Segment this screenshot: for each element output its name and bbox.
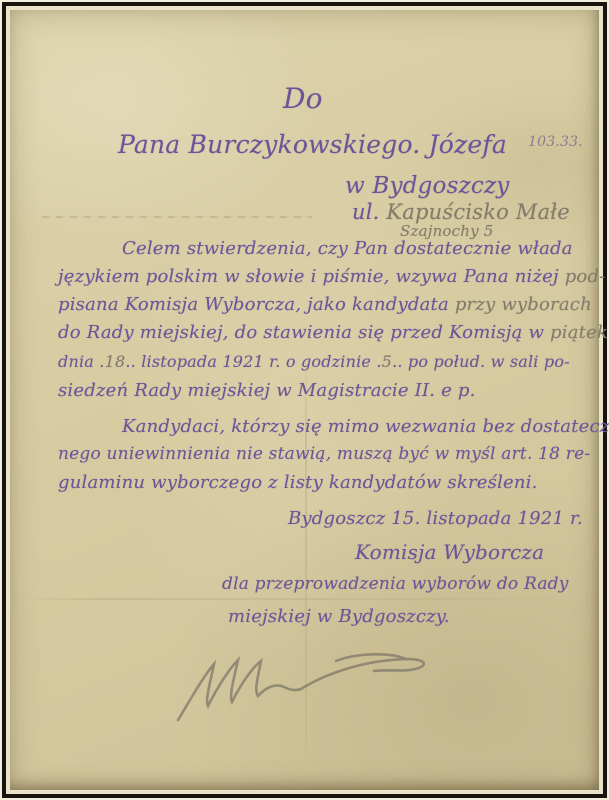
body1-line5-day: 18 — [105, 352, 126, 371]
body1-line4-pencil: piątek — [550, 322, 608, 343]
signature-scrawl — [170, 642, 450, 726]
scanned-letter-page: { "colors": { "ink": "#6b549a", "pencil"… — [0, 0, 609, 800]
address-street-prefix: ul. — [352, 200, 380, 224]
body1-line2-pencil: pod- — [565, 266, 606, 287]
signature-org: Komisja Wyborcza — [355, 540, 544, 564]
body1-line3-pencil: przy wyborach — [455, 294, 592, 315]
body1-line5-a: dnia . — [58, 352, 105, 371]
address-street-line: ul. Kapuścisko Małe — [352, 200, 570, 224]
body1-line3: pisana Komisja Wyborcza, jako kandydata … — [58, 294, 592, 315]
body2-line1: Kandydaci, którzy się mimo wezwania bez … — [122, 416, 609, 437]
body1-line6: siedzeń Rady miejskiej w Magistracie II.… — [58, 380, 476, 401]
archival-number: 103.33. — [528, 134, 583, 150]
body1-line2-ink: językiem polskim w słowie i piśmie, wzyw… — [58, 266, 565, 287]
body1-line5-e: .. po połud. w sali po- — [392, 352, 570, 371]
body1-line5-c: .. listopada 1921 r. o godzinie . — [125, 352, 381, 371]
address-street-name: Kapuścisko Małe — [386, 200, 570, 224]
body1-line4: do Rady miejskiej, do stawienia się prze… — [58, 322, 608, 343]
body1-line5: dnia .18.. listopada 1921 r. o godzinie … — [58, 352, 570, 371]
body1-line1: Celem stwierdzenia, czy Pan dostatecznie… — [122, 238, 573, 259]
dateline: Bydgoszcz 15. listopada 1921 r. — [288, 508, 583, 529]
addressee-line: Pana Burczykowskiego. Józefa — [118, 130, 507, 159]
body1-line4-ink: do Rady miejskiej, do stawienia się prze… — [58, 322, 550, 343]
body2-line3: gulaminu wyborczego z listy kandydatów s… — [58, 472, 538, 493]
body1-line2: językiem polskim w słowie i piśmie, wzyw… — [58, 266, 605, 287]
body1-line5-hour: 5 — [382, 352, 392, 371]
body2-line2: nego uniewinnienia nie stawią, muszą być… — [58, 444, 590, 464]
fold-crease-top — [42, 216, 312, 218]
signature-desc-line2: miejskiej w Bydgoszczy. — [228, 606, 450, 627]
signature-desc-line1: dla przeprowadzenia wyborów do Rady — [222, 574, 569, 594]
letter-paper: 103.33. Do Pana Burczykowskiego. Józefa … — [10, 10, 599, 790]
salutation: Do — [283, 82, 323, 115]
body1-line3-ink: pisana Komisja Wyborcza, jako kandydata — [58, 294, 455, 315]
address-city: w Bydgoszczy — [345, 173, 510, 199]
